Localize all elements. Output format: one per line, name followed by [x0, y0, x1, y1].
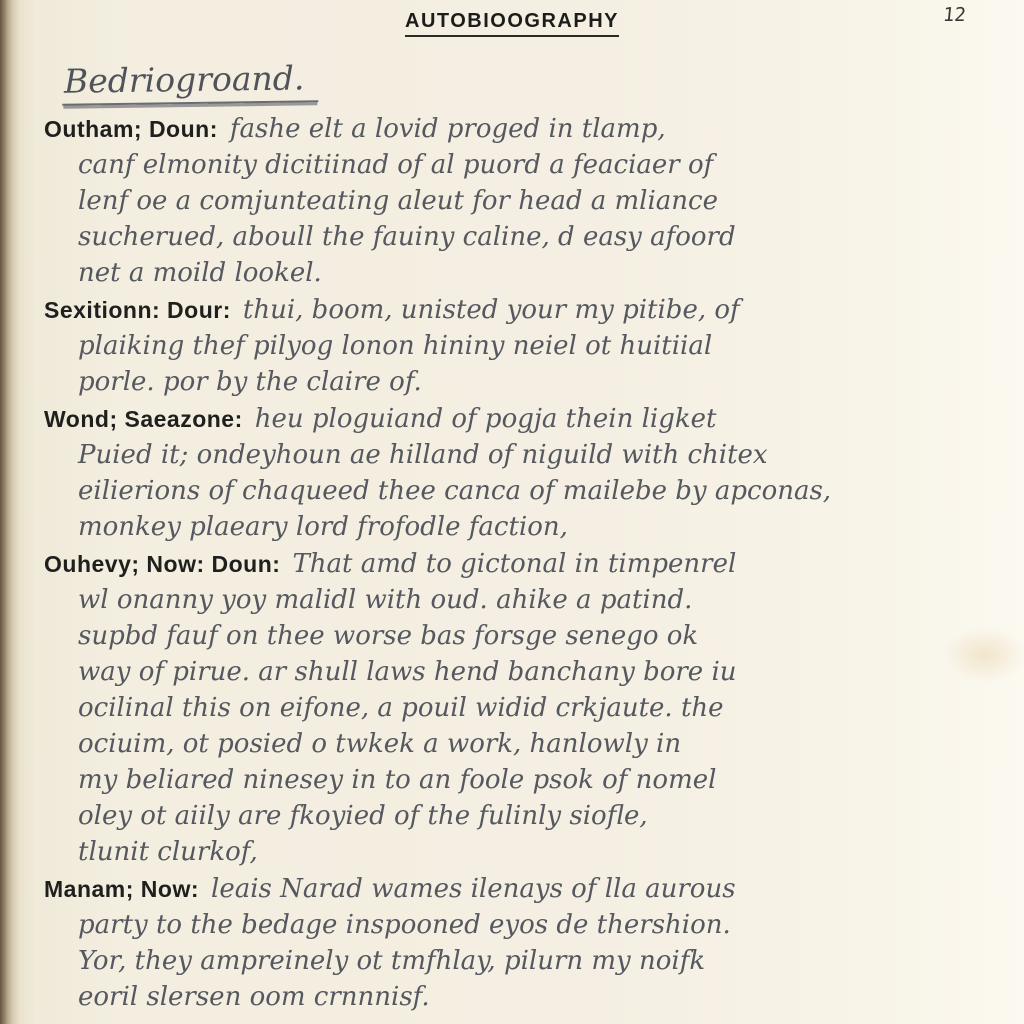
handwritten-text: Puied it; ondeyhoun ae hilland of niguil… [0, 437, 1024, 473]
section: Outham; Doun:fashe elt a lovid proged in… [0, 110, 1024, 291]
handwritten-text: wl onanny yoy malidl with oud. ahike a p… [0, 582, 1024, 618]
section-first-line: Manam; Now:leais Narad wames ilenays of … [0, 870, 1024, 907]
handwritten-text: net a moild lookel. [0, 255, 1024, 291]
page-title: AUTOBIOOGRAPHY [0, 10, 1024, 33]
handwritten-text: party to the bedage inspooned eyos de th… [0, 907, 1024, 943]
handwritten-text: porle. por by the claire of. [0, 364, 1024, 400]
handwritten-text: thui, boom, unisted your my pitibe, of [243, 295, 740, 325]
section-label: Sexitionn: Dour: [44, 297, 243, 323]
section: Ouhevy; Now: Doun:That amd to gictonal i… [0, 545, 1024, 870]
section: Wond; Saeazone:heu ploguiand of pogja th… [0, 400, 1024, 545]
page-title-text: AUTOBIOOGRAPHY [405, 10, 619, 37]
handwritten-text: heu ploguiand of pogja thein ligket [255, 404, 717, 434]
section: Manam; Now:leais Narad wames ilenays of … [0, 870, 1024, 1015]
section-label: Outham; Doun: [44, 116, 230, 142]
handwritten-text: fashe elt a lovid proged in tlamp, [230, 114, 666, 144]
page-header: AUTOBIOOGRAPHY 12 [0, 0, 1024, 48]
handwritten-text: eilierions of chaqueed thee canca of mai… [0, 473, 1024, 509]
handwritten-text: way of pirue. ar shull laws hend banchan… [0, 654, 1024, 690]
handwritten-sections: Outham; Doun:fashe elt a lovid proged in… [0, 110, 1024, 1015]
handwritten-text: ocilinal this on eifone, a pouil widid c… [0, 690, 1024, 726]
handwritten-text: oley ot aiily are fkoyied of the fulinly… [0, 798, 1024, 834]
handwritten-text: my beliared ninesey in to an foole psok … [0, 762, 1024, 798]
handwritten-text: Yor, they ampreinely ot tmfhlay, pilurn … [0, 943, 1024, 979]
handwritten-text: plaiking thef pilyog lonon hininy neiel … [0, 328, 1024, 364]
section-first-line: Wond; Saeazone:heu ploguiand of pogja th… [0, 400, 1024, 437]
section-label: Ouhevy; Now: Doun: [44, 551, 292, 577]
handwritten-text: ociuim, ot posied o twkek a work, hanlow… [0, 726, 1024, 762]
handwritten-text: leais Narad wames ilenays of lla aurous [211, 874, 736, 904]
handwritten-text: tlunit clurkof, [0, 834, 1024, 870]
section-label: Wond; Saeazone: [44, 406, 255, 432]
section-label: Manam; Now: [44, 876, 211, 902]
handwritten-text: lenf oe a comjunteating aleut for head a… [0, 183, 1024, 219]
section-first-line: Ouhevy; Now: Doun:That amd to gictonal i… [0, 545, 1024, 582]
section-first-line: Sexitionn: Dour:thui, boom, unisted your… [0, 291, 1024, 328]
section: Sexitionn: Dour:thui, boom, unisted your… [0, 291, 1024, 400]
notebook-page: AUTOBIOOGRAPHY 12 Bedriogroand. Outham; … [0, 0, 1024, 1024]
handwritten-text: supbd fauf on thee worse bas forsge sene… [0, 618, 1024, 654]
handwritten-text: monkey plaeary lord frofodle faction, [0, 509, 1024, 545]
handwritten-heading: Bedriogroand. [62, 58, 319, 106]
section-first-line: Outham; Doun:fashe elt a lovid proged in… [0, 110, 1024, 147]
handwritten-text: sucherued, aboull the fauiny caline, d e… [0, 219, 1024, 255]
handwritten-text: That amd to gictonal in timpenrel [292, 549, 736, 579]
page-number: 12 [942, 4, 967, 26]
handwritten-text: canf elmonity dicitiinad of al puord a f… [0, 147, 1024, 183]
handwritten-text: eoril slersen oom crnnnisf. [0, 979, 1024, 1015]
